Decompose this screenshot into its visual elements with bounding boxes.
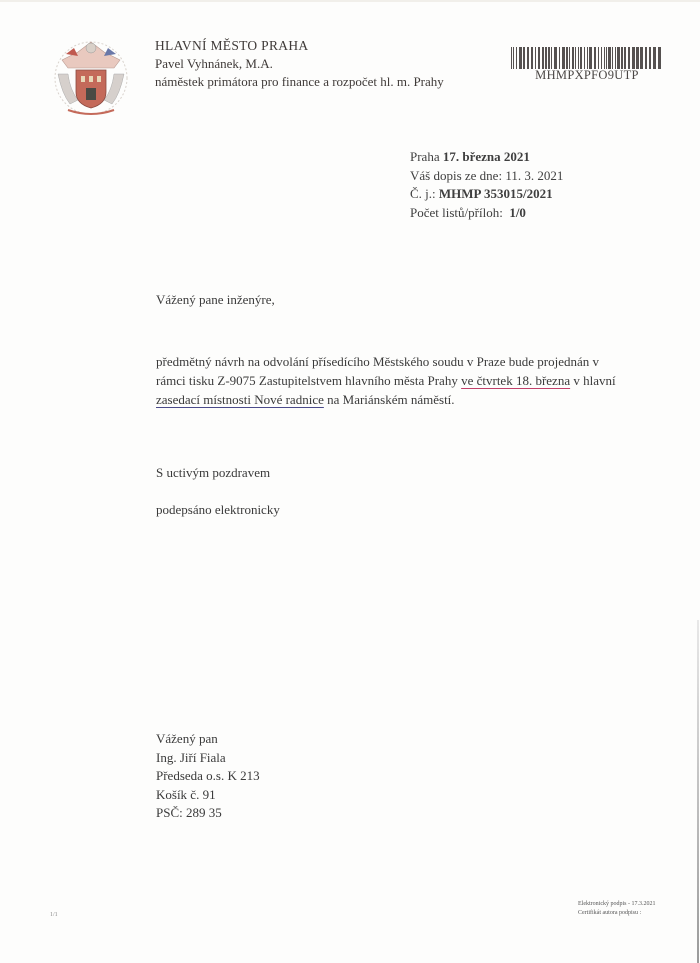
reference-value: MHMP 353015/2021: [439, 186, 553, 201]
underlined-location: zasedací místnosti Nové radnice: [156, 392, 324, 407]
letterhead-city: HLAVNÍ MĚSTO PRAHA: [155, 37, 444, 55]
your-letter-line: Váš dopis ze dne: 11. 3. 2021: [410, 167, 563, 186]
body-text-2: v hlavní: [570, 373, 616, 388]
addressee-name: Ing. Jiří Fiala: [156, 749, 260, 768]
signature-note: podepsáno elektronicky: [156, 502, 280, 518]
date-value: 17. března 2021: [443, 149, 530, 164]
underlined-date: ve čtvrtek 18. března: [461, 373, 570, 388]
pages-value: 1/0: [509, 205, 526, 220]
addressee-street: Košík č. 91: [156, 786, 260, 805]
page-number: 1/1: [50, 912, 58, 918]
date-line: Praha 17. března 2021: [410, 148, 563, 167]
barcode-icon: [511, 47, 663, 69]
addressee-title: Předseda o.s. K 213: [156, 767, 260, 786]
addressee-greeting: Vážený pan: [156, 730, 260, 749]
your-letter-value: 11. 3. 2021: [505, 168, 563, 183]
letter-body: předmětný návrh na odvolání přísedícího …: [156, 352, 626, 409]
closing: S uctivým pozdravem: [156, 465, 270, 481]
letterhead-name: Pavel Vyhnánek, M.A.: [155, 55, 444, 73]
letterhead-position: náměstek primátora pro finance a rozpoče…: [155, 73, 444, 91]
letter-meta: Praha 17. března 2021 Váš dopis ze dne: …: [410, 148, 563, 222]
addressee: Vážený pan Ing. Jiří Fiala Předseda o.s.…: [156, 730, 260, 823]
reference-line: Č. j.: MHMP 353015/2021: [410, 185, 563, 204]
esign-certificate: Certifikát autora podpisu :: [578, 909, 656, 918]
body-text-3: na Mariánském náměstí.: [324, 392, 455, 407]
prague-coat-of-arms-icon: [48, 34, 134, 116]
esign-date: Elektronický podpis - 17.3.2021: [578, 900, 656, 909]
reference-label: Č. j.:: [410, 186, 436, 201]
page-top-edge: [0, 0, 700, 2]
letterhead: HLAVNÍ MĚSTO PRAHA Pavel Vyhnánek, M.A. …: [155, 37, 444, 91]
addressee-postcode: PSČ: 289 35: [156, 804, 260, 823]
barcode-code: MHMPXPFO9UTP: [511, 68, 663, 83]
your-letter-label: Váš dopis ze dne:: [410, 168, 502, 183]
date-label: Praha: [410, 149, 440, 164]
salutation: Vážený pane inženýre,: [156, 292, 275, 308]
page-edge-shadow: [697, 620, 699, 963]
pages-line: Počet listů/příloh: 1/0: [410, 204, 563, 223]
pages-label: Počet listů/příloh:: [410, 205, 503, 220]
electronic-signature: Elektronický podpis - 17.3.2021 Certifik…: [578, 900, 656, 918]
